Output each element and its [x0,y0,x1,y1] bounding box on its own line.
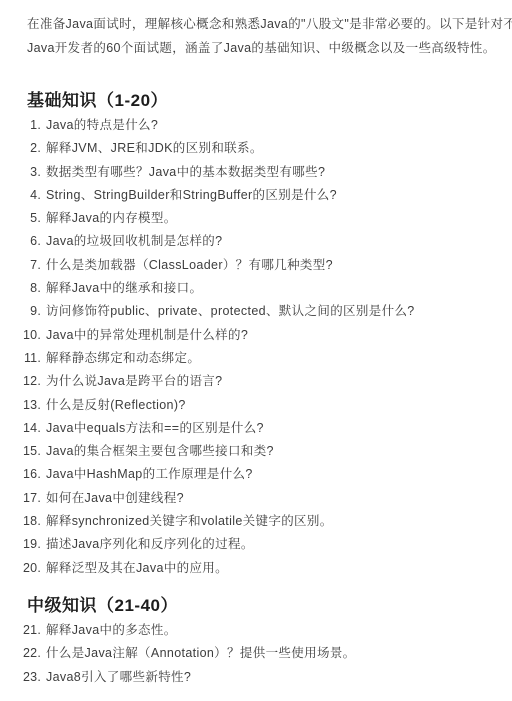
item-number: 15. [14,440,41,463]
item-text: 解释Java中的继承和接口。 [46,277,202,300]
item-text: Java的特点是什么? [46,114,158,137]
list-item: 11.解释静态绑定和动态绑定。 [14,347,488,370]
list-item: 22.什么是Java注解（Annotation）？提供一些使用场景。 [14,642,488,665]
item-text: String、StringBuilder和StringBuffer的区别是什么? [46,184,337,207]
item-number: 1. [14,114,41,137]
section-title: 中级知识（21-40） [27,595,488,617]
item-number: 18. [14,510,41,533]
item-text: Java8引入了哪些新特性? [46,666,191,689]
item-number: 6. [14,230,41,253]
list-item: 23.Java8引入了哪些新特性? [14,666,488,689]
item-number: 11. [14,347,41,370]
item-number: 3. [14,161,41,184]
document-body: 基础知识（1-20） 1.Java的特点是什么?2.解释JVM、JRE和JDK的… [27,90,488,689]
item-text: 解释JVM、JRE和JDK的区别和联系。 [46,137,263,160]
list-item: 15.Java的集合框架主要包含哪些接口和类? [14,440,488,463]
item-number: 20. [14,557,41,580]
item-number: 2. [14,137,41,160]
intro-paragraph: 在准备Java面试时，理解核心概念和熟悉Java的"八股文"是非常必要的。以下是… [27,12,488,60]
item-number: 14. [14,417,41,440]
item-text: Java中的异常处理机制是什么样的? [46,324,248,347]
item-number: 13. [14,394,41,417]
item-text: 如何在Java中创建线程? [46,487,184,510]
question-list: 21.解释Java中的多态性。22.什么是Java注解（Annotation）？… [27,619,488,689]
item-number: 8. [14,277,41,300]
item-text: 什么是类加载器（ClassLoader）？有哪几种类型? [46,254,333,277]
intro-line-1: 在准备Java面试时，理解核心概念和熟悉Java的"八股文"是非常必要的。以下是… [27,12,488,36]
item-text: Java的集合框架主要包含哪些接口和类? [46,440,274,463]
item-number: 21. [14,619,41,642]
question-section: 基础知识（1-20） 1.Java的特点是什么?2.解释JVM、JRE和JDK的… [27,90,488,580]
question-list: 1.Java的特点是什么?2.解释JVM、JRE和JDK的区别和联系。3.数据类… [27,114,488,580]
item-text: 解释Java中的多态性。 [46,619,177,642]
list-item: 14.Java中equals方法和==的区别是什么? [14,417,488,440]
list-item: 20.解释泛型及其在Java中的应用。 [14,557,488,580]
list-item: 18.解释synchronized关键字和volatile关键字的区别。 [14,510,488,533]
list-item: 13.什么是反射(Reflection)? [14,394,488,417]
item-number: 5. [14,207,41,230]
item-text: 解释Java的内存模型。 [46,207,177,230]
item-number: 19. [14,533,41,556]
list-item: 1.Java的特点是什么? [14,114,488,137]
item-text: 描述Java序列化和反序列化的过程。 [46,533,254,556]
list-item: 2.解释JVM、JRE和JDK的区别和联系。 [14,137,488,160]
item-number: 10. [14,324,41,347]
item-text: 什么是Java注解（Annotation）？提供一些使用场景。 [46,642,356,665]
item-number: 12. [14,370,41,393]
item-text: 访问修饰符public、private、protected、默认之间的区别是什么… [46,300,415,323]
item-text: 数据类型有哪些？Java中的基本数据类型有哪些? [46,161,325,184]
item-number: 9. [14,300,41,323]
list-item: 17.如何在Java中创建线程? [14,487,488,510]
item-text: 解释synchronized关键字和volatile关键字的区别。 [46,510,333,533]
list-item: 8.解释Java中的继承和接口。 [14,277,488,300]
item-number: 22. [14,642,41,665]
list-item: 6.Java的垃圾回收机制是怎样的? [14,230,488,253]
list-item: 10.Java中的异常处理机制是什么样的? [14,324,488,347]
document-page: 在准备Java面试时，理解核心概念和熟悉Java的"八股文"是非常必要的。以下是… [0,0,512,701]
item-number: 17. [14,487,41,510]
item-text: 为什么说Java是跨平台的语言? [46,370,222,393]
intro-line-2: Java开发者的60个面试题，涵盖了Java的基础知识、中级概念以及一些高级特性… [27,36,488,60]
list-item: 3.数据类型有哪些？Java中的基本数据类型有哪些? [14,161,488,184]
item-number: 23. [14,666,41,689]
item-text: 解释泛型及其在Java中的应用。 [46,557,228,580]
list-item: 12.为什么说Java是跨平台的语言? [14,370,488,393]
list-item: 4.String、StringBuilder和StringBuffer的区别是什… [14,184,488,207]
item-text: Java中HashMap的工作原理是什么? [46,463,253,486]
list-item: 5.解释Java的内存模型。 [14,207,488,230]
item-text: 什么是反射(Reflection)? [46,394,186,417]
item-number: 7. [14,254,41,277]
list-item: 16.Java中HashMap的工作原理是什么? [14,463,488,486]
item-number: 16. [14,463,41,486]
list-item: 7.什么是类加载器（ClassLoader）？有哪几种类型? [14,254,488,277]
list-item: 19.描述Java序列化和反序列化的过程。 [14,533,488,556]
list-item: 21.解释Java中的多态性。 [14,619,488,642]
question-section: 中级知识（21-40） 21.解释Java中的多态性。22.什么是Java注解（… [27,595,488,689]
item-text: Java的垃圾回收机制是怎样的? [46,230,222,253]
list-item: 9.访问修饰符public、private、protected、默认之间的区别是… [14,300,488,323]
item-text: Java中equals方法和==的区别是什么? [46,417,264,440]
item-text: 解释静态绑定和动态绑定。 [46,347,200,370]
section-title: 基础知识（1-20） [27,90,488,112]
item-number: 4. [14,184,41,207]
